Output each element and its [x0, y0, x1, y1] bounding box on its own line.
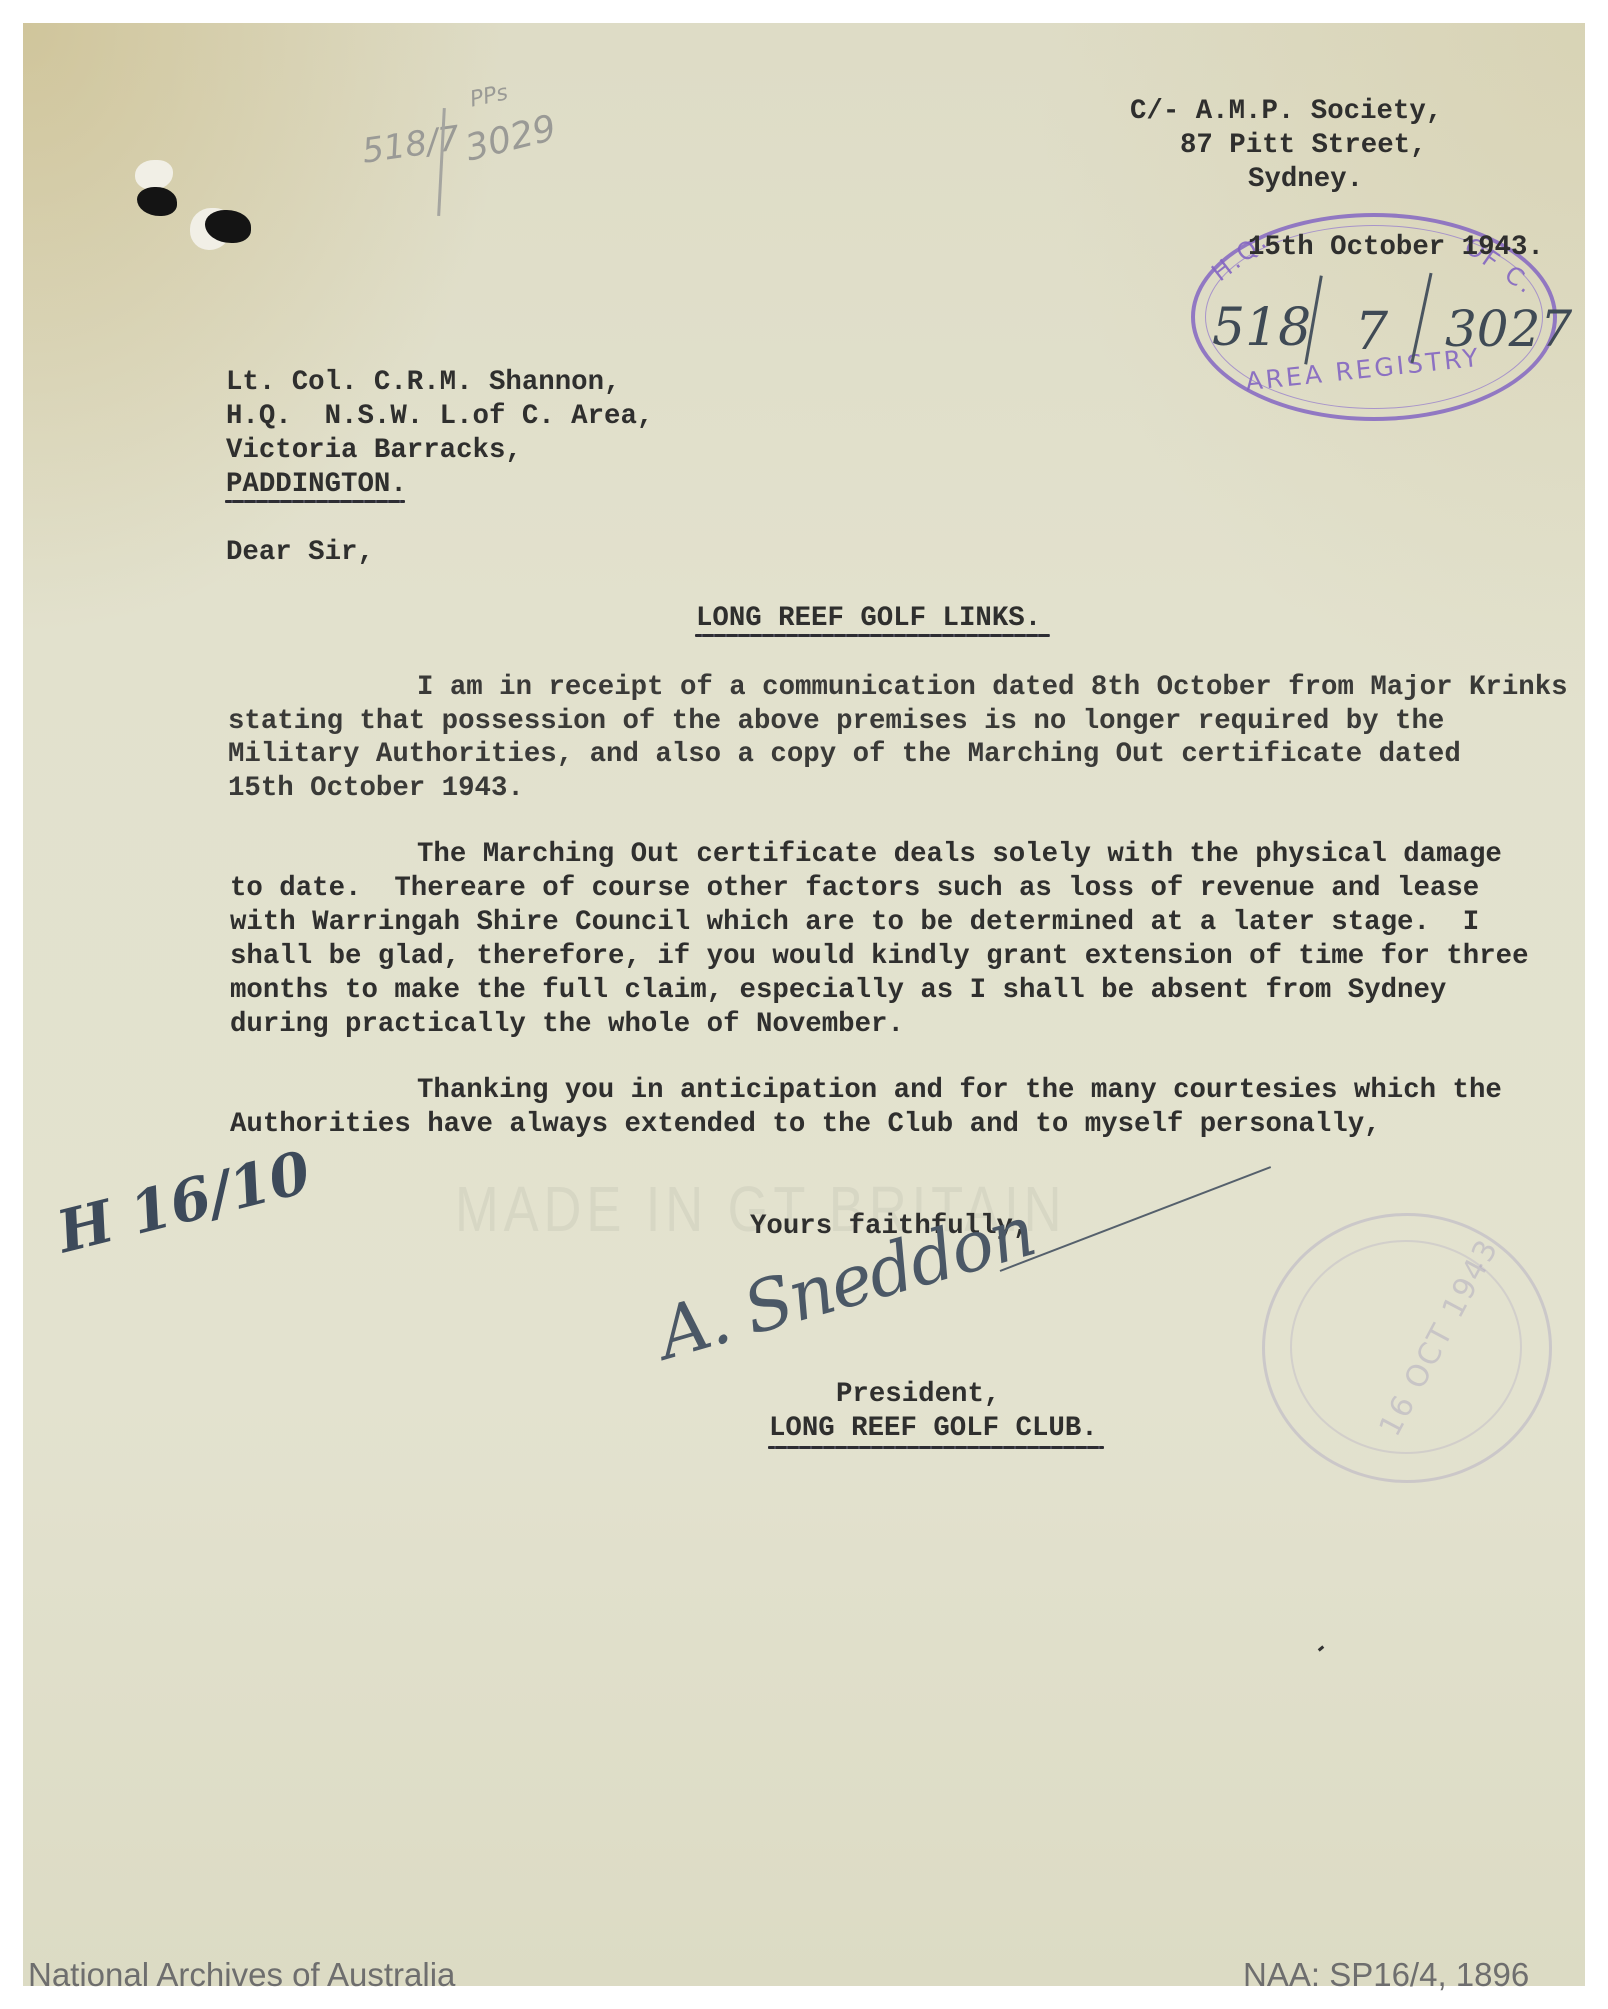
signatory-organisation-underline	[768, 1446, 1104, 1449]
paragraph-line: Authorities have always extended to the …	[230, 1108, 1381, 1142]
registry-ref-part-3: 3027	[1445, 300, 1572, 358]
paragraph-line: Military Authorities, and also a copy of…	[228, 738, 1461, 772]
recipient-city-underline	[225, 500, 405, 503]
paragraph-line: stating that possession of the above pre…	[228, 705, 1444, 739]
paragraph-line: 15th October 1943.	[228, 772, 524, 806]
footer-record-reference: NAA: SP16/4, 1896	[1243, 1955, 1529, 1995]
signatory-title: President,	[836, 1378, 1000, 1412]
paragraph-line: months to make the full claim, especiall…	[230, 974, 1446, 1008]
sender-address-line-3: Sydney.	[1248, 163, 1363, 197]
sender-address-line-1: C/- A.M.P. Society,	[1130, 95, 1442, 129]
subject-underline	[695, 634, 1050, 637]
paragraph-line: The Marching Out certificate deals solel…	[417, 838, 1502, 872]
paragraph-line: shall be glad, therefore, if you would k…	[230, 940, 1529, 974]
paragraph-line: Thanking you in anticipation and for the…	[417, 1074, 1502, 1108]
recipient-address-line-4: PADDINGTON.	[226, 468, 407, 502]
recipient-address-line-2: H.Q. N.S.W. L.of C. Area,	[226, 400, 653, 434]
recipient-address-line-3: Victoria Barracks,	[226, 434, 522, 468]
letter-date: 15th October 1943.	[1248, 231, 1544, 265]
paragraph-line: with Warringah Shire Council which are t…	[230, 906, 1479, 940]
recipient-address-line-1: Lt. Col. C.R.M. Shannon,	[226, 366, 621, 400]
paragraph-line: during practically the whole of November…	[230, 1008, 904, 1042]
registry-ref-part-2: 7	[1355, 302, 1388, 362]
salutation: Dear Sir,	[226, 536, 374, 570]
footer-archive-name: National Archives of Australia	[28, 1955, 455, 1995]
sender-address-line-2: 87 Pitt Street,	[1180, 129, 1427, 163]
registry-ref-part-1: 518	[1212, 298, 1311, 358]
paragraph-line: I am in receipt of a communication dated…	[417, 671, 1568, 705]
signatory-organisation: LONG REEF GOLF CLUB.	[769, 1412, 1098, 1446]
subject-heading: LONG REEF GOLF LINKS.	[696, 602, 1041, 636]
paragraph-line: to date. Thereare of course other factor…	[230, 872, 1479, 906]
